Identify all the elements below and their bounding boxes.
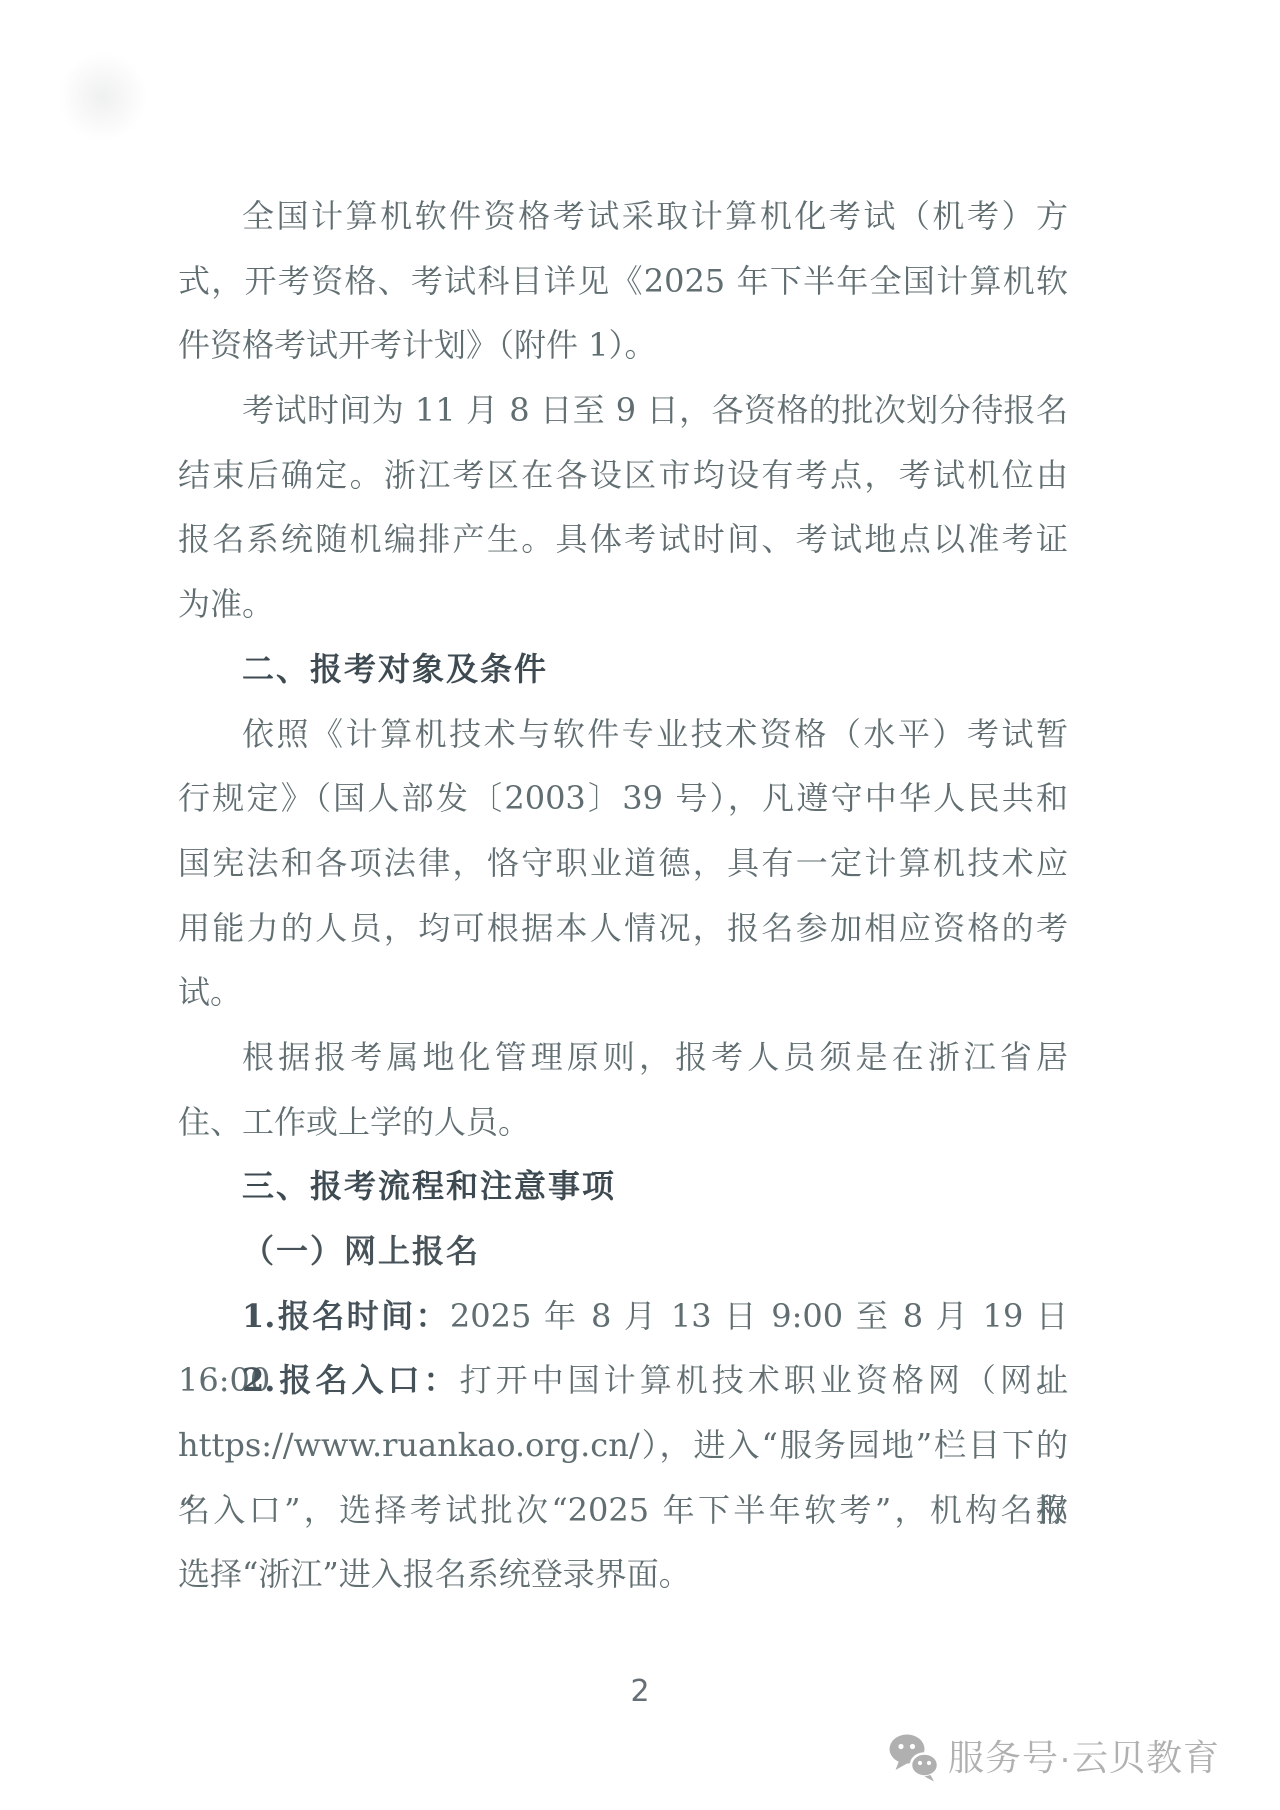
watermark: 服务号·云贝教育 <box>888 1734 1220 1782</box>
paragraph-line: 国宪法和各项法律，恪守职业道德，具有一定计算机技术应 <box>178 831 1068 896</box>
page-number: 2 <box>0 1674 1280 1710</box>
paragraph-line: https://www.ruankao.org.cn/），进入“服务园地”栏目下… <box>178 1413 1068 1478</box>
paragraph-line: 为准。 <box>178 572 1068 637</box>
list-item-label: 1.报名时间： <box>242 1297 450 1335</box>
paragraph-line: 考试时间为 11 月 8 日至 9 日，各资格的批次划分待报名 <box>178 378 1068 443</box>
paragraph-line: 件资格考试开考计划》（附件 1）。 <box>178 313 1068 378</box>
paragraph-line: 报名系统随机编排产生。具体考试时间、考试地点以准考证 <box>178 507 1068 572</box>
paragraph-line: 结束后确定。浙江考区在各设区市均设有考点，考试机位由 <box>178 443 1068 508</box>
paragraph-line: 行规定》（国人部发〔2003〕39 号），凡遵守中华人民共和 <box>178 766 1068 831</box>
document-page: 全国计算机软件资格考试采取计算机化考试（机考）方 式，开考资格、考试科目详见《2… <box>0 0 1280 1810</box>
paragraph-line: 用能力的人员，均可根据本人情况，报名参加相应资格的考 <box>178 896 1068 961</box>
scan-artifact <box>58 52 148 142</box>
paragraph-line: 式，开考资格、考试科目详见《2025 年下半年全国计算机软 <box>178 249 1068 314</box>
list-item-label: 2.报名入口： <box>242 1361 460 1399</box>
watermark-label: 服务号·云贝教育 <box>948 1734 1220 1782</box>
paragraph-line: 依照《计算机技术与软件专业技术资格（水平）考试暂 <box>178 702 1068 767</box>
paragraph-line: 试。 <box>178 960 1068 1025</box>
document-body: 全国计算机软件资格考试采取计算机化考试（机考）方 式，开考资格、考试科目详见《2… <box>178 184 1068 1607</box>
paragraph-line: 全国计算机软件资格考试采取计算机化考试（机考）方 <box>178 184 1068 249</box>
section-heading-eligibility: 二、报考对象及条件 <box>178 637 1068 702</box>
paragraph-line: 住、工作或上学的人员。 <box>178 1090 1068 1155</box>
section-heading-process: 三、报考流程和注意事项 <box>178 1154 1068 1219</box>
paragraph-line: 根据报考属地化管理原则，报考人员须是在浙江省居 <box>178 1025 1068 1090</box>
sub-heading-online-registration: （一）网上报名 <box>178 1219 1068 1284</box>
paragraph-line: 选择“浙江”进入报名系统登录界面。 <box>178 1542 1068 1607</box>
list-item-text: 打开中国计算机技术职业资格网（网址 <box>460 1361 1068 1399</box>
paragraph-line: 名入口”，选择考试批次“2025 年下半年软考”，机构名称 <box>178 1478 1068 1543</box>
list-item-registration-entry: 2.报名入口：打开中国计算机技术职业资格网（网址 <box>178 1348 1068 1413</box>
list-item-registration-time: 1.报名时间：2025 年 8 月 13 日 9:00 至 8 月 19 日 1… <box>178 1284 1068 1349</box>
wechat-icon <box>888 1734 940 1782</box>
